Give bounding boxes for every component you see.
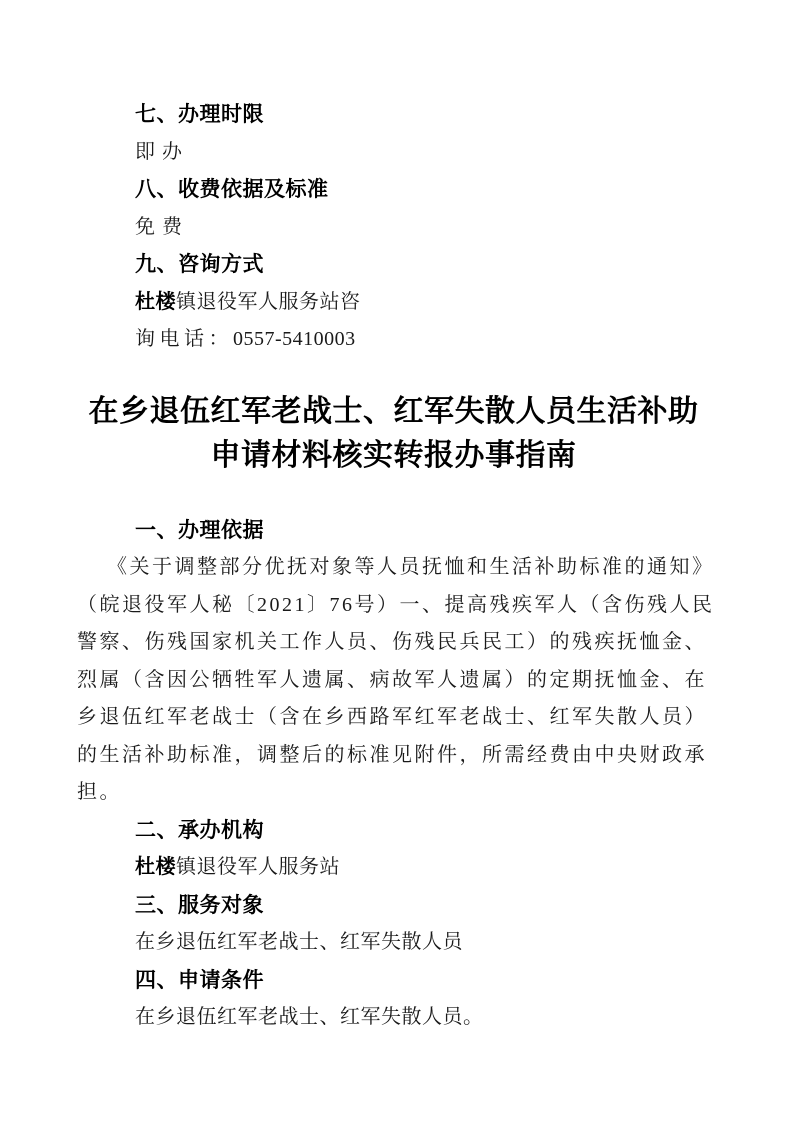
section-heading-3: 三、服务对象 — [77, 887, 710, 925]
paragraph-line: （皖退役军人秘〔2021〕76号）一、提高残疾军人（含伤残人民 — [77, 587, 710, 625]
section-body-3: 在乡退伍红军老战士、红军失散人员 — [77, 924, 710, 962]
paragraph-line: 乡退伍红军老战士（含在乡西路军红军老战士、红军失散人员） — [77, 699, 710, 737]
section-heading-9: 九、咨询方式 — [77, 246, 710, 284]
section-heading-8: 八、收费依据及标准 — [77, 171, 710, 209]
guide-body: 一、办理依据 《关于调整部分优抚对象等人员抚恤和生活补助标准的通知》 （皖退役军… — [77, 512, 710, 1037]
agency-town: 杜楼 — [135, 856, 176, 878]
document-content: 七、办理时限 即办 八、收费依据及标准 免费 九、咨询方式 杜楼镇退役军人服务站… — [0, 0, 793, 1037]
doc-title-line-2: 申请材料核实转报办事指南 — [77, 434, 710, 478]
contact-org-rest: 镇退役军人服务站咨 — [176, 291, 361, 313]
paragraph-line: 警察、伤残国家机关工作人员、伤残民兵民工）的残疾抚恤金、 — [77, 624, 710, 662]
section-body-4: 在乡退伍红军老战士、红军失散人员。 — [77, 999, 710, 1037]
contact-line-2: 询电话：0557-5410003 — [77, 321, 710, 359]
section-heading-4: 四、申请条件 — [77, 962, 710, 1000]
paragraph-line: 《关于调整部分优抚对象等人员抚恤和生活补助标准的通知》 — [77, 549, 710, 587]
section-heading-7: 七、办理时限 — [77, 96, 710, 134]
contact-line-1: 杜楼镇退役军人服务站咨 — [77, 284, 710, 322]
document-page: 七、办理时限 即办 八、收费依据及标准 免费 九、咨询方式 杜楼镇退役军人服务站… — [0, 0, 793, 1122]
paragraph-line: 烈属（含因公牺牲军人遗属、病故军人遗属）的定期抚恤金、在 — [77, 662, 710, 700]
doc-title: 在乡退伍红军老战士、红军失散人员生活补助 申请材料核实转报办事指南 — [77, 390, 710, 478]
section-heading-1: 一、办理依据 — [77, 512, 710, 550]
section-body-2: 杜楼镇退役军人服务站 — [77, 849, 710, 887]
section-body-8: 免费 — [77, 209, 710, 247]
section-heading-2: 二、承办机构 — [77, 812, 710, 850]
contact-org-town: 杜楼 — [135, 291, 176, 313]
doc-title-line-1: 在乡退伍红军老战士、红军失散人员生活补助 — [77, 390, 710, 434]
phone-number: 0557-5410003 — [233, 328, 356, 350]
agency-rest: 镇退役军人服务站 — [176, 856, 340, 878]
contact-phone-label: 询电话： — [135, 328, 233, 350]
paragraph-line: 的生活补助标准，调整后的标准见附件，所需经费由中央财政承 — [77, 737, 710, 775]
paragraph-line: 担。 — [77, 774, 710, 812]
section-body-7: 即办 — [77, 134, 710, 172]
